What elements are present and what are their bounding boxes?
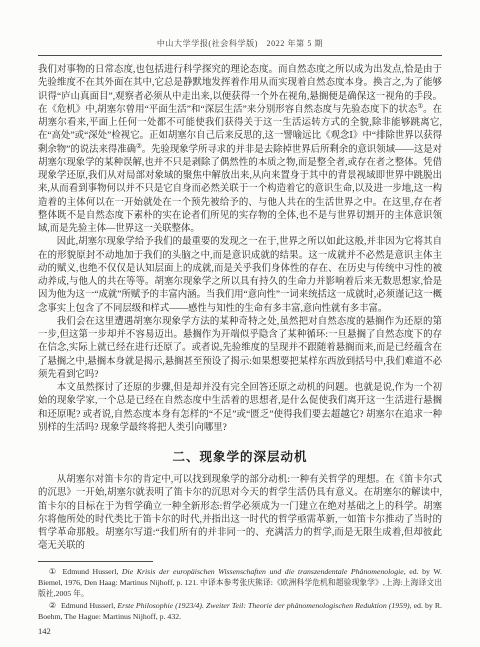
footnote-ref: ② — [136, 142, 142, 149]
footnote-separator — [38, 561, 153, 562]
footnote: ②Edmund Husserl, Erste Philosophie (1923… — [38, 600, 442, 623]
footnote-text: Erste Philosophie (1923/4). Zweiter Teil… — [117, 601, 409, 610]
body-paragraph: 我们会在这里遭遇胡塞尔现象学方法的某种奇特之处,虽然把对自然态度的悬搁作为还原的… — [38, 316, 442, 382]
footnote-text: Edmund Husserl, — [63, 567, 122, 576]
footnote-ref: ① — [417, 103, 423, 110]
body-paragraph: 从胡塞尔对笛卡尔的肯定中,可以找到现象学的部分动机:一种有关哲学的理想。在《笛卡… — [38, 474, 442, 554]
footnote-marker: ① — [49, 567, 63, 576]
section-body: 从胡塞尔对笛卡尔的肯定中,可以找到现象学的部分动机:一种有关哲学的理想。在《笛卡… — [38, 474, 442, 554]
journal-header: 中山大学学报(社会科学版) 2022 年第 5 期 — [38, 38, 442, 55]
header-rule — [38, 55, 442, 56]
footnote-text: Edmund Husserl, — [61, 601, 117, 610]
footnotes: ①Edmund Husserl, Die Krisis der europäis… — [38, 566, 442, 623]
footnote: ①Edmund Husserl, Die Krisis der europäis… — [38, 566, 442, 600]
page-number: 142 — [38, 626, 442, 636]
footnote-marker: ② — [49, 601, 61, 610]
body-paragraph: 本文虽然探讨了还原的步骤,但是却并没有完全回答还原之动机的问题。也就是说,作为一… — [38, 382, 442, 435]
journal-page: 中山大学学报(社会科学版) 2022 年第 5 期 我们对事物的日常态度,也包括… — [0, 0, 480, 647]
section-heading: 二、现象学的深层动机 — [38, 447, 442, 465]
article-body: 我们对事物的日常态度,也包括进行科学探究的理论态度。而自然态度之所以成为出发点,… — [38, 64, 442, 435]
body-paragraph: 我们对事物的日常态度,也包括进行科学探究的理论态度。而自然态度之所以成为出发点,… — [38, 64, 442, 236]
body-paragraph: 因此,胡塞尔现象学给予我们的最重要的发现之一在于,世界之所以如此这般,并非因为它… — [38, 236, 442, 316]
footnote-text: Die Krisis der europäischen Wissenschaft… — [122, 567, 404, 576]
